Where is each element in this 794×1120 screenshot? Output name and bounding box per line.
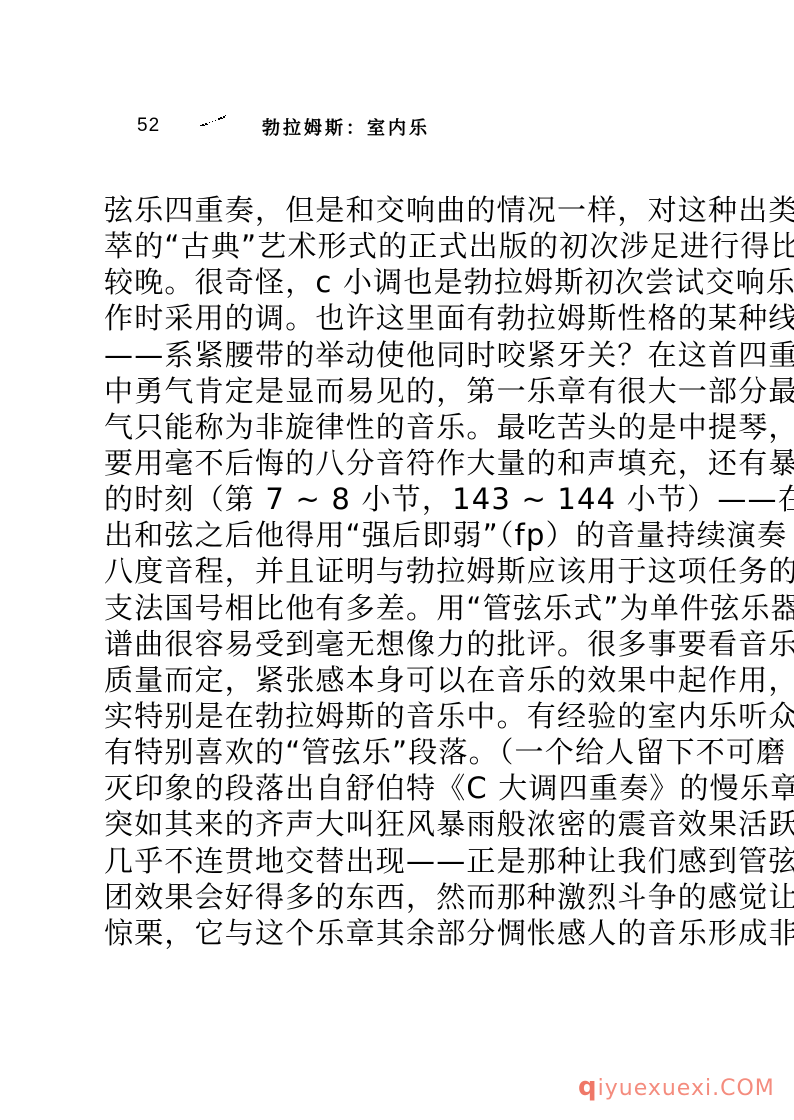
text-line: 有特别喜欢的“管弦乐”段落。（一个给人留下不可磨 bbox=[104, 734, 674, 770]
text-line: 团效果会好得多的东西，然而那种激烈斗争的感觉让人 bbox=[104, 879, 674, 915]
body-text: 弦乐四重奏，但是和交响曲的情况一样，对这种出类拔 萃的“古典”艺术形式的正式出版… bbox=[104, 192, 674, 951]
header-title: 勃拉姆斯：室内乐 bbox=[262, 114, 430, 140]
text-line: 萃的“古典”艺术形式的正式出版的初次涉足进行得比 bbox=[104, 228, 674, 264]
text-line: 实特别是在勃拉姆斯的音乐中。有经验的室内乐听众会 bbox=[104, 698, 674, 734]
watermark: qiyuexuexi.COM bbox=[578, 1072, 775, 1102]
watermark-logo-letter: q bbox=[578, 1072, 598, 1102]
page-number: 52 bbox=[137, 115, 160, 137]
text-line: 支法国号相比他有多差。用“管弦乐式”为单件弦乐器 bbox=[104, 590, 674, 626]
text-line: 的时刻（第 7 ~ 8 小节，143 ~ 144 小节）——在同伴奏 bbox=[104, 481, 674, 517]
text-line: 中勇气肯定是显而易见的，第一乐章有很大一部分最客 bbox=[104, 373, 674, 409]
text-line: 灭印象的段落出自舒伯特《C 大调四重奏》的慢乐章： bbox=[104, 770, 674, 806]
text-line: 质量而定，紧张感本身可以在音乐的效果中起作用，确 bbox=[104, 662, 674, 698]
text-line: 要用毫不后悔的八分音符作大量的和声填充，还有暴露 bbox=[104, 445, 674, 481]
text-line: 八度音程，并且证明与勃拉姆斯应该用于这项任务的两 bbox=[104, 553, 674, 589]
text-line: 突如其来的齐声大叫狂风暴雨般浓密的震音效果活跃而 bbox=[104, 806, 674, 842]
watermark-text: iyuexuexi.COM bbox=[598, 1076, 775, 1101]
text-line: ——系紧腰带的举动使他同时咬紧牙关？在这首四重奏 bbox=[104, 337, 674, 373]
text-line: 谱曲很容易受到毫无想像力的批评。很多事要看音乐的 bbox=[104, 626, 674, 662]
ornament-flourish-icon bbox=[199, 113, 231, 131]
text-line: 惊栗，它与这个乐章其余部分惆怅感人的音乐形成非常 bbox=[104, 915, 674, 951]
text-line: 出和弦之后他得用“强后即弱”（fp）的音量持续演奏 bbox=[104, 517, 674, 553]
text-line: 弦乐四重奏，但是和交响曲的情况一样，对这种出类拔 bbox=[104, 192, 674, 228]
text-line: 作时采用的调。也许这里面有勃拉姆斯性格的某种线索 bbox=[104, 300, 674, 336]
text-line: 几乎不连贯地交替出现——正是那种让我们感到管弦乐 bbox=[104, 843, 674, 879]
text-line: 气只能称为非旋律性的音乐。最吃苦头的是中提琴，他 bbox=[104, 409, 674, 445]
text-line: 较晚。很奇怪，c 小调也是勃拉姆斯初次尝试交响乐创 bbox=[104, 264, 674, 300]
running-header: 52 勃拉姆斯：室内乐 bbox=[135, 113, 555, 143]
